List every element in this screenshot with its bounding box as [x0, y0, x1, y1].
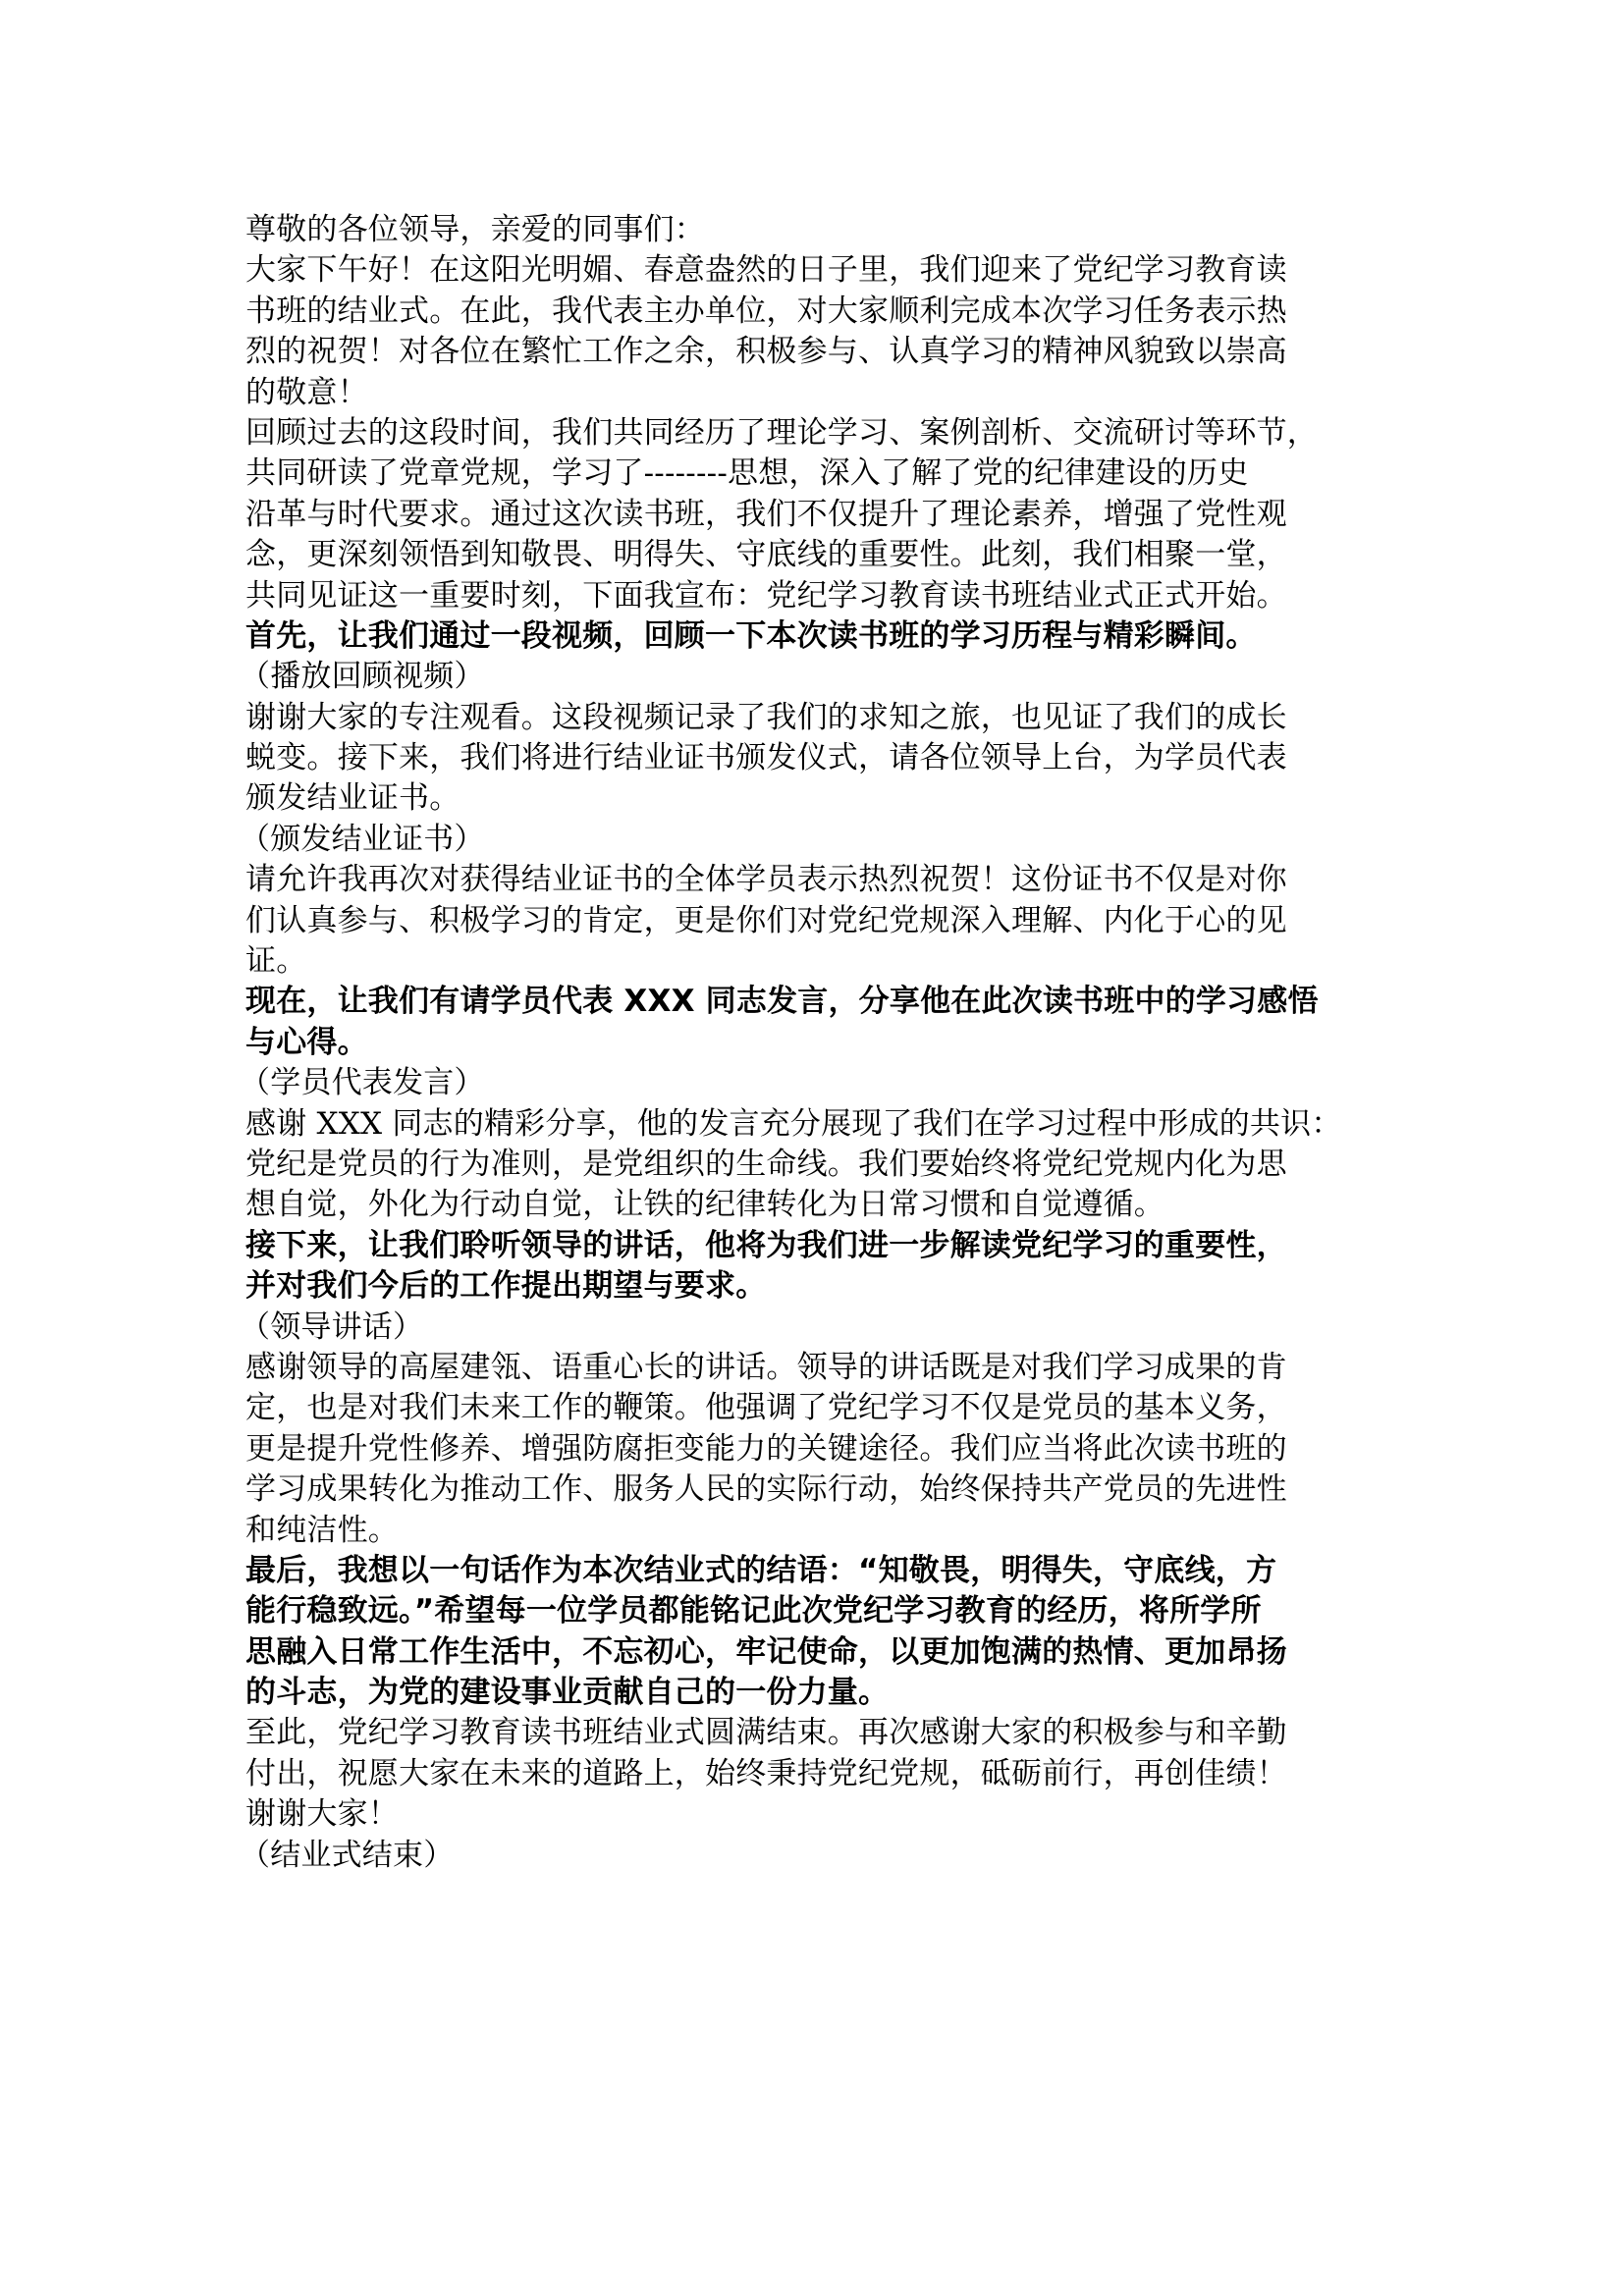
text-line: 思融入日常工作生活中，不忘初心，牢记使命，以更加饱满的热情、更加昂扬 — [245, 1632, 1404, 1673]
text-line: （领导讲话） — [240, 1308, 1404, 1348]
text-line: 蜕变。接下来，我们将进行结业证书颁发仪式，请各位领导上台，为学员代表 — [245, 738, 1404, 778]
text-line: 与心得。 — [245, 1023, 1404, 1063]
text-line: 请允许我再次对获得结业证书的全体学员表示热烈祝贺！这份证书不仅是对你 — [245, 860, 1404, 900]
text-line: （结业式结束） — [240, 1836, 1404, 1876]
text-line: 谢谢大家！ — [245, 1794, 1404, 1835]
text-line: 尊敬的各位领导，亲爱的同事们： — [245, 210, 1404, 250]
text-line: 回顾过去的这段时间，我们共同经历了理论学习、案例剖析、交流研讨等环节， — [245, 413, 1404, 454]
thanks-leader-paragraph: 感谢领导的高屋建瓴、语重心长的讲话。领导的讲话既是对我们学习成果的肯 定，也是对… — [245, 1348, 1404, 1551]
text-line: （播放回顾视频） — [240, 657, 1404, 697]
text-line: 的敬意！ — [245, 373, 1404, 413]
stage-direction-video: （播放回顾视频） — [245, 657, 1404, 697]
document-page: 尊敬的各位领导，亲爱的同事们： 大家下午好！在这阳光明媚、春意盎然的日子里，我们… — [245, 210, 1404, 1876]
text-line: 最后，我想以一句话作为本次结业式的结语：“知敬畏，明得失，守底线，方 — [245, 1551, 1404, 1591]
text-line: 和纯洁性。 — [245, 1511, 1404, 1551]
text-line: 沿革与时代要求。通过这次读书班，我们不仅提升了理论素养，增强了党性观 — [245, 495, 1404, 535]
text-line: 证。 — [245, 941, 1404, 982]
text-line: 更是提升党性修养、增强防腐拒变能力的关键途径。我们应当将此次读书班的 — [245, 1429, 1404, 1469]
video-intro-paragraph: 首先，让我们通过一段视频，回顾一下本次读书班的学习历程与精彩瞬间。 — [245, 616, 1404, 657]
text-line: 共同研读了党章党规，学习了--------思想，深入了解了党的纪律建设的历史 — [245, 454, 1404, 494]
text-line: 并对我们今后的工作提出期望与要求。 — [245, 1266, 1404, 1307]
text-line: 定，也是对我们未来工作的鞭策。他强调了党纪学习不仅是党员的基本义务， — [245, 1388, 1404, 1428]
review-paragraph: 回顾过去的这段时间，我们共同经历了理论学习、案例剖析、交流研讨等环节， 共同研读… — [245, 413, 1404, 616]
text-line: 能行稳致远。”希望每一位学员都能铭记此次党纪学习教育的经历，将所学所 — [245, 1591, 1404, 1631]
text-line: 感谢 XXX 同志的精彩分享，他的发言充分展现了我们在学习过程中形成的共识： — [245, 1104, 1404, 1145]
stage-direction-student-speech: （学员代表发言） — [245, 1063, 1404, 1103]
text-line: （颁发结业证书） — [240, 820, 1404, 860]
conclusion-paragraph: 至此，党纪学习教育读书班结业式圆满结束。再次感谢大家的积极参与和辛勤 付出，祝愿… — [245, 1713, 1404, 1794]
leader-speech-intro-paragraph: 接下来，让我们聆听领导的讲话，他将为我们进一步解读党纪学习的重要性， 并对我们今… — [245, 1226, 1404, 1308]
stage-direction-end: （结业式结束） — [245, 1836, 1404, 1876]
text-line: 大家下午好！在这阳光明媚、春意盎然的日子里，我们迎来了党纪学习教育读 — [245, 250, 1404, 291]
certificate-intro-paragraph: 谢谢大家的专注观看。这段视频记录了我们的求知之旅，也见证了我们的成长 蜕变。接下… — [245, 698, 1404, 820]
text-line: 们认真参与、积极学习的肯定，更是你们对党纪党规深入理解、内化于心的见 — [245, 901, 1404, 941]
text-line: （学员代表发言） — [240, 1063, 1404, 1103]
student-speech-intro-paragraph: 现在，让我们有请学员代表 XXX 同志发言，分享他在此次读书班中的学习感悟 与心… — [245, 982, 1404, 1063]
text-line: 颁发结业证书。 — [245, 778, 1404, 819]
text-line: 的斗志，为党的建设事业贡献自己的一份力量。 — [245, 1673, 1404, 1713]
text-line: 烈的祝贺！对各位在繁忙工作之余，积极参与、认真学习的精神风貌致以崇高 — [245, 332, 1404, 372]
text-line: 至此，党纪学习教育读书班结业式圆满结束。再次感谢大家的积极参与和辛勤 — [245, 1713, 1404, 1753]
stage-direction-leader-speech: （领导讲话） — [245, 1308, 1404, 1348]
text-line: 共同见证这一重要时刻，下面我宣布：党纪学习教育读书班结业式正式开始。 — [245, 576, 1404, 616]
opening-paragraph: 大家下午好！在这阳光明媚、春意盎然的日子里，我们迎来了党纪学习教育读 书班的结业… — [245, 250, 1404, 413]
greeting-paragraph: 尊敬的各位领导，亲爱的同事们： — [245, 210, 1404, 250]
text-line: 想自觉，外化为行动自觉，让铁的纪律转化为日常习惯和自觉遵循。 — [245, 1185, 1404, 1225]
text-line: 付出，祝愿大家在未来的道路上，始终秉持党纪党规，砥砺前行，再创佳绩！ — [245, 1754, 1404, 1794]
thanks-student-paragraph: 感谢 XXX 同志的精彩分享，他的发言充分展现了我们在学习过程中形成的共识： 党… — [245, 1104, 1404, 1226]
congratulation-paragraph: 请允许我再次对获得结业证书的全体学员表示热烈祝贺！这份证书不仅是对你 们认真参与… — [245, 860, 1404, 982]
stage-direction-certificate: （颁发结业证书） — [245, 820, 1404, 860]
text-line: 接下来，让我们聆听领导的讲话，他将为我们进一步解读党纪学习的重要性， — [245, 1226, 1404, 1266]
text-line: 谢谢大家的专注观看。这段视频记录了我们的求知之旅，也见证了我们的成长 — [245, 698, 1404, 738]
text-line: 学习成果转化为推动工作、服务人民的实际行动，始终保持共产党员的先进性 — [245, 1469, 1404, 1510]
text-line: 书班的结业式。在此，我代表主办单位，对大家顺利完成本次学习任务表示热 — [245, 292, 1404, 332]
text-line: 首先，让我们通过一段视频，回顾一下本次读书班的学习历程与精彩瞬间。 — [245, 616, 1404, 657]
text-line: 现在，让我们有请学员代表 XXX 同志发言，分享他在此次读书班中的学习感悟 — [245, 982, 1404, 1022]
text-line: 念，更深刻领悟到知敬畏、明得失、守底线的重要性。此刻，我们相聚一堂， — [245, 535, 1404, 575]
text-line: 党纪是党员的行为准则，是党组织的生命线。我们要始终将党纪党规内化为思 — [245, 1145, 1404, 1185]
closing-remarks-paragraph: 最后，我想以一句话作为本次结业式的结语：“知敬畏，明得失，守底线，方 能行稳致远… — [245, 1551, 1404, 1714]
text-line: 感谢领导的高屋建瓴、语重心长的讲话。领导的讲话既是对我们学习成果的肯 — [245, 1348, 1404, 1388]
thank-you-paragraph: 谢谢大家！ — [245, 1794, 1404, 1835]
